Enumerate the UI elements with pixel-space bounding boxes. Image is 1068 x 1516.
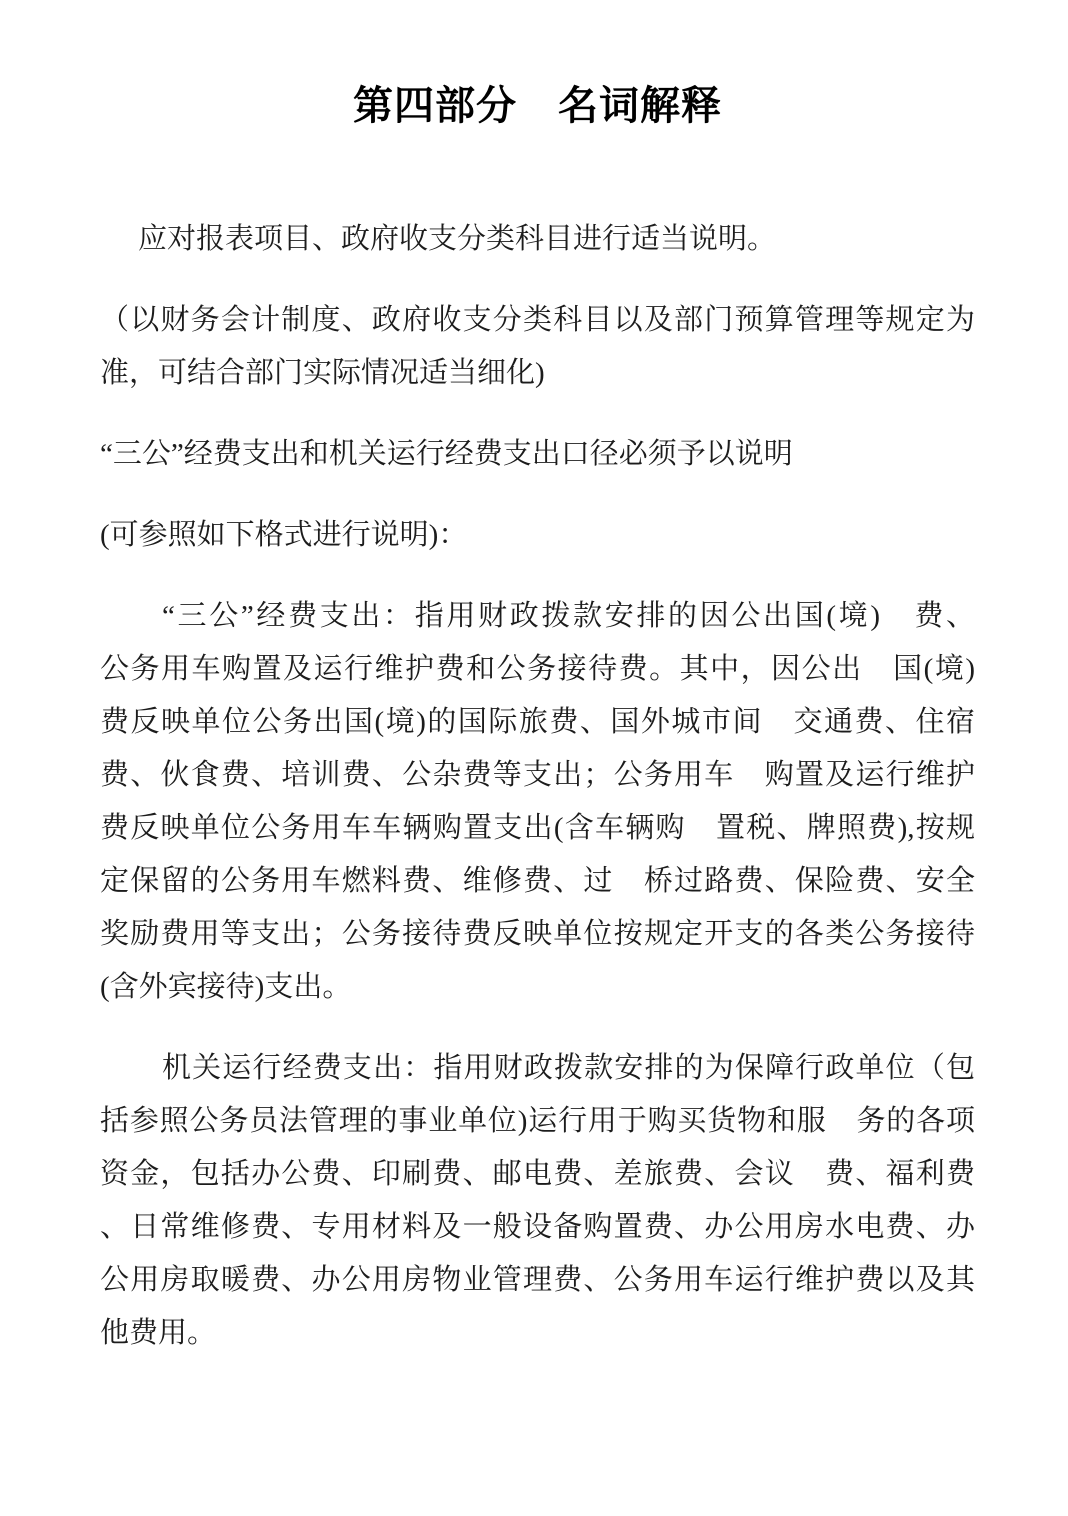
paragraph-format-reference: (可参照如下格式进行说明)： [100, 509, 975, 562]
text-line: 奖励费用等支出；公务接待费反映单位按规定开支的各类公务接待 [100, 908, 975, 961]
text-line: 费反映单位公务出国(境)的国际旅费、国外城市间 交通费、住宿 [100, 696, 975, 749]
text-line: (可参照如下格式进行说明)： [100, 509, 975, 562]
text-line: 费反映单位公务用车车辆购置支出(含车辆购 置税、牌照费),按规 [100, 802, 975, 855]
document-title: 第四部分 名词解释 [100, 78, 975, 134]
paragraph-sangong-definition: “三公”经费支出：指用财政拨款安排的因公出国(境) 费、公务用车购置及运行维护费… [100, 590, 975, 1014]
text-line: 定保留的公务用车燃料费、维修费、过 桥过路费、保险费、安全 [100, 855, 975, 908]
text-line: 括参照公务员法管理的事业单位)运行用于购买货物和服 务的各项 [100, 1095, 975, 1148]
paragraph-sangong-requirement: “三公”经费支出和机关运行经费支出口径必须予以说明 [100, 428, 975, 481]
document-page: 第四部分 名词解释 应对报表项目、政府收支分类科目进行适当说明。 （以财务会计制… [0, 0, 1068, 1516]
text-line: “三公”经费支出：指用财政拨款安排的因公出国(境) 费、 [100, 590, 975, 643]
text-line: 机关运行经费支出：指用财政拨款安排的为保障行政单位（包 [100, 1042, 975, 1095]
text-line: 费、伙食费、培训费、公杂费等支出；公务用车 购置及运行维护 [100, 749, 975, 802]
text-line: 公用房取暖费、办公用房物业管理费、公务用车运行维护费以及其 [100, 1254, 975, 1307]
text-line: (含外宾接待)支出。 [100, 961, 975, 1014]
text-line: 他费用。 [100, 1307, 975, 1360]
paragraph-report-items-note: 应对报表项目、政府收支分类科目进行适当说明。 [100, 213, 975, 266]
text-line: 公务用车购置及运行维护费和公务接待费。其中，因公出 国(境) [100, 643, 975, 696]
text-line: “三公”经费支出和机关运行经费支出口径必须予以说明 [100, 428, 975, 481]
text-line: 应对报表项目、政府收支分类科目进行适当说明。 [100, 213, 975, 266]
text-line: 资金，包括办公费、印刷费、邮电费、差旅费、会议 费、福利费 [100, 1148, 975, 1201]
paragraph-accounting-basis-note: （以财务会计制度、政府收支分类科目以及部门预算管理等规定为准，可结合部门实际情况… [100, 294, 975, 400]
paragraph-operating-expense-definition: 机关运行经费支出：指用财政拨款安排的为保障行政单位（包括参照公务员法管理的事业单… [100, 1042, 975, 1360]
text-line: 、日常维修费、专用材料及一般设备购置费、办公用房水电费、办 [100, 1201, 975, 1254]
text-line: 准，可结合部门实际情况适当细化) [100, 347, 975, 400]
text-line: （以财务会计制度、政府收支分类科目以及部门预算管理等规定为 [100, 294, 975, 347]
